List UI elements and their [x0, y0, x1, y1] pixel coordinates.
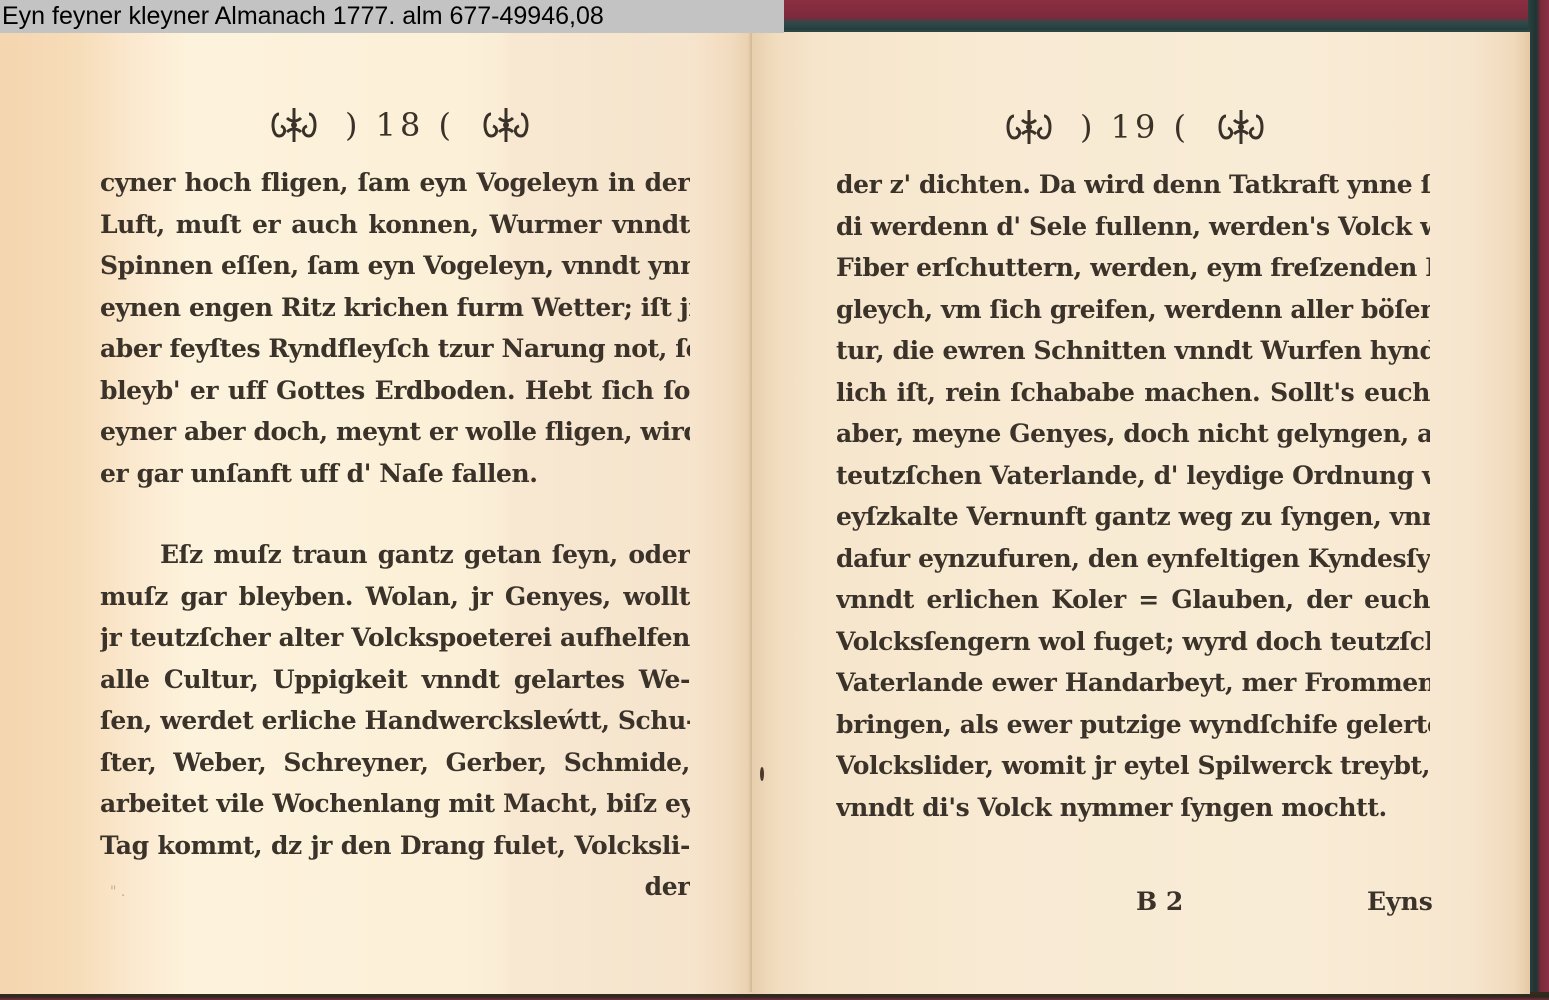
page-body-text: cyner hoch fligen, ſam eyn Vogeleyn in d…: [100, 162, 690, 908]
text-line: aber, meyne Genyes, doch nicht gelyngen,…: [836, 413, 1430, 455]
page-header-left: ) 18 (: [255, 100, 545, 150]
catchword: der: [100, 866, 690, 908]
text-line: Vaterlande ewer Handarbeyt, mer Frommen: [836, 662, 1430, 704]
text-line: aber feyſtes Ryndfleyſch tzur Narung not…: [100, 328, 690, 370]
fleuron-ornament-icon: [481, 106, 531, 144]
text-line: er gar unſanft uff d' Naſe fallen.: [100, 453, 690, 495]
text-line: Tag kommt, dz jr den Drang fulet, Volcks…: [100, 825, 690, 867]
text-line: teutzſchen Vaterlande, d' leydige Ordnun…: [836, 455, 1430, 497]
page-header-right: ) 19 (: [990, 102, 1280, 152]
text-line: Eſz muſz traun gantz getan ſeyn, oder: [100, 534, 690, 576]
ink-mark: [760, 767, 764, 781]
text-line: gleych, vm ſich greifen, werdenn aller b…: [836, 289, 1430, 331]
catchword: Eyns: [1367, 887, 1433, 916]
page-number: ) 18 (: [345, 106, 455, 144]
text-line: vnndt erlichen Koler = Glauben, der euch: [836, 579, 1430, 621]
text-line: Spinnen eſſen, ſam eyn Vogeleyn, vnndt y…: [100, 245, 690, 287]
text-line: tur, die ewren Schnitten vnndt Wurfen hy…: [836, 330, 1430, 372]
text-line: ſter, Weber, Schreyner, Gerber, Schmide,: [100, 742, 690, 784]
text-line: eyner aber doch, meynt er wolle fligen, …: [100, 411, 690, 453]
text-line: cyner hoch fligen, ſam eyn Vogeleyn in d…: [100, 162, 690, 204]
text-line: lich iſt, rein ſchababe machen. Sollt's …: [836, 372, 1430, 414]
paragraph-break: [100, 494, 690, 534]
text-line: Volckslider, womit jr eytel Spilwerck tr…: [836, 745, 1430, 787]
text-line: bleyb' er uff Gottes Erdboden. Hebt ſich…: [100, 370, 690, 412]
fleuron-ornament-icon: [1004, 108, 1054, 146]
page-body-text: der z' dichten. Da wird denn Tatkraft yn…: [836, 164, 1430, 828]
signature-mark: B 2: [1136, 887, 1183, 916]
text-line: der z' dichten. Da wird denn Tatkraft yn…: [836, 164, 1430, 206]
text-line: alle Cultur, Uppigkeit vnndt gelartes We…: [100, 659, 690, 701]
image-caption-title: Eyn feyner kleyner Almanach 1777. alm 67…: [0, 0, 784, 33]
text-line: bringen, als ewer putzige wyndſchife gel…: [836, 704, 1430, 746]
text-line: ſen, werdet erliche Handwercksleẃtt, Sch…: [100, 700, 690, 742]
open-book-spread: ) 18 ( cyner hoch fligen, ſam eyn Vogele…: [0, 22, 1530, 994]
page-right: ) 19 ( der z' dichten. Da wird denn Tatk…: [752, 30, 1530, 994]
text-line: eynen engen Ritz krichen furm Wetter; iſ…: [100, 287, 690, 329]
text-line: Luft, muſt er auch konnen, Wurmer vnndt: [100, 204, 690, 246]
text-line: Volcksſengern wol fuget; wyrd doch teutz…: [836, 621, 1430, 663]
fleuron-ornament-icon: [1216, 108, 1266, 146]
text-line: arbeitet vile Wochenlang mit Macht, biſz…: [100, 783, 690, 825]
text-line: jr teutzſcher alter Volckspoeterei aufhe…: [100, 617, 690, 659]
text-line: eyſzkalte Vernunft gantz weg zu ſyngen, …: [836, 496, 1430, 538]
text-line: dafur eynzufuren, den eynfeltigen Kyndes…: [836, 538, 1430, 580]
fleuron-ornament-icon: [269, 106, 319, 144]
ink-smudge: " .: [110, 884, 125, 900]
text-line: Fiber erſchuttern, werden, eym freſzende…: [836, 247, 1430, 289]
page-number: ) 19 (: [1080, 108, 1190, 146]
text-line: vnndt di's Volck nymmer ſyngen mochtt.: [836, 787, 1430, 829]
text-line: di werdenn d' Sele fullenn, werden's Vol…: [836, 206, 1430, 248]
book-cover-right-edge: [1528, 0, 1549, 1000]
page-left: ) 18 ( cyner hoch fligen, ſam eyn Vogele…: [0, 22, 752, 994]
text-line: muſz gar bleyben. Wolan, jr Genyes, woll…: [100, 576, 690, 618]
